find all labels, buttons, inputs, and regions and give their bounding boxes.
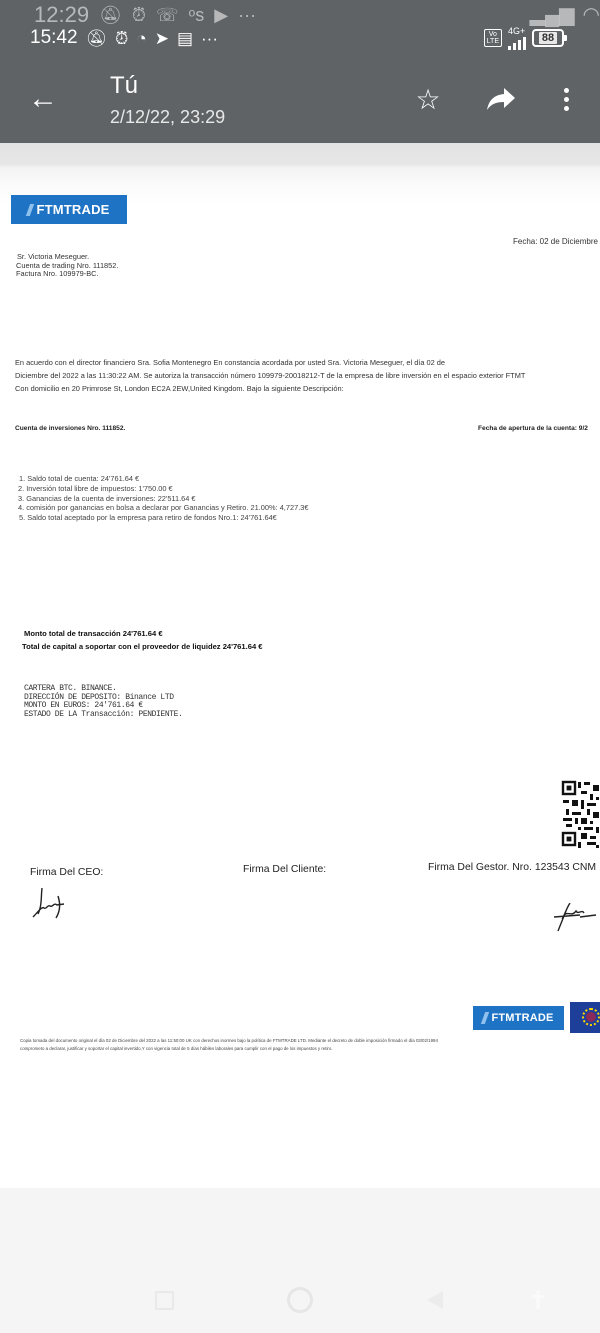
status-bar: 15:42 🔕︎ ⏰︎ ◔ ➤ ▤ ··· (30, 24, 218, 52)
back-icon (427, 1291, 443, 1309)
list-item: 4. comisión por ganancias en bolsa a dec… (18, 503, 308, 513)
volte-label-top: Vo (487, 31, 499, 38)
signal-icon: ▂▄▆ (530, 2, 575, 27)
opening-date: Fecha de apertura de la cuenta: 9/2 (478, 425, 588, 432)
ceo-signature (30, 886, 75, 921)
system-nav-bar: ✝ (0, 1188, 600, 1333)
investment-account: Cuenta de inversiones Nro. 111852. (15, 425, 125, 432)
agreement-paragraph: En acuerdo con el director financiero Sr… (15, 356, 525, 395)
document-viewer[interactable]: FTMTRADE Fecha: 02 de Diciembre Sr. Vict… (0, 143, 600, 1188)
battery-level: 88 (539, 32, 557, 44)
network-type: 4G+ (508, 27, 525, 36)
list-item: 5. Saldo total aceptado por la empresa p… (18, 513, 308, 523)
alarm-icon: ⏰︎ (132, 5, 146, 26)
ceo-signature-label: Firma Del CEO: (30, 867, 103, 878)
capital-total: Total de capital a soportar con el prove… (22, 640, 263, 653)
wallet-info: CARTERA BTC. BINANCE. DIRECCIÓN DE DEPOS… (24, 685, 182, 719)
more-icon: ··· (201, 30, 218, 47)
more-icon: ··· (238, 5, 256, 26)
recent-apps-button[interactable] (149, 1285, 179, 1315)
manager-signature (550, 903, 600, 933)
app-bar: 12:29 🔕︎ ⏰︎ ☏ ᵒs ▶ ··· ▂▄▆ ◠ 15:42 🔕︎ ⏰︎… (0, 0, 600, 143)
list-item: 1. Saldo total de cuenta: 24'761.64 € (18, 474, 308, 484)
totals: Monto total de transacción 24'761.64 € T… (22, 627, 263, 653)
youtube-icon: ▶ (214, 5, 228, 26)
forward-icon (486, 86, 516, 112)
mute-icon: 🔕︎ (99, 5, 122, 26)
back-button[interactable]: ← (26, 82, 60, 116)
ftmtrade-logo: FTMTRADE (11, 195, 127, 224)
star-icon: ☆ (415, 83, 440, 116)
calendar-icon: ▤ (177, 30, 193, 47)
home-button[interactable] (285, 1285, 315, 1315)
more-vert-icon (564, 88, 569, 111)
forward-button[interactable] (484, 82, 518, 116)
star-button[interactable]: ☆ (411, 82, 445, 116)
invoice-document: FTMTRADE Fecha: 02 de Diciembre Sr. Vict… (0, 143, 600, 1188)
mute-icon: 🔕︎ (86, 30, 108, 47)
list-item: 2. Inversión total libre de impuestos: 1… (18, 484, 308, 494)
recent-apps-icon (155, 1291, 174, 1310)
logo-text: FTMTRADE (36, 202, 109, 217)
wifi-icon: ◠ (583, 2, 600, 27)
system-back-button[interactable] (420, 1285, 450, 1315)
summary-list: 1. Saldo total de cuenta: 24'761.64 € 2.… (18, 474, 308, 523)
list-item: 3. Ganancias de la cuenta de inversiones… (18, 494, 308, 504)
transaction-total: Monto total de transacción 24'761.64 € (22, 627, 263, 640)
qr-code (560, 779, 600, 851)
home-icon (287, 1287, 313, 1313)
client-signature-label: Firma Del Cliente: (243, 864, 326, 875)
battery-icon: 88 (532, 29, 564, 47)
footnote-line: comprometo a declarar, justificar y sopo… (20, 1045, 438, 1053)
sender-title: Tú (110, 72, 138, 100)
ftmtrade-logo-footer: FTMTRADE (473, 1006, 564, 1030)
ghost-status-right: ▂▄▆ ◠ (530, 0, 600, 28)
message-date: 2/12/22, 23:29 (110, 107, 225, 128)
status-right: Vo LTE 4G+ 88 (484, 26, 564, 50)
accessibility-icon: ✝ (527, 1285, 549, 1316)
recipient-address: Sr. Victoria Meseguer. Cuenta de trading… (16, 253, 118, 279)
signal-icon (508, 36, 526, 50)
status-time: 15:42 (30, 27, 78, 49)
circle-icon: ◔ (136, 30, 146, 47)
paragraph-line: En acuerdo con el director financiero Sr… (15, 356, 525, 369)
manager-signature-label: Firma Del Gestor. Nro. 123543 CNM (428, 862, 596, 873)
volte-label-bottom: LTE (487, 38, 499, 45)
logo-text: FTMTRADE (491, 1012, 553, 1024)
footnote-line: Copia tomada del documento original el d… (20, 1037, 438, 1045)
alarm-icon: ⏰︎ (115, 30, 128, 47)
wallet-line: ESTADO DE LA Transacción: PENDIENTE. (24, 711, 182, 720)
telegram-icon: ➤ (155, 30, 169, 47)
volte-icon: Vo LTE (484, 29, 502, 47)
invoice-number: Factura Nro. 109979-BC. (16, 270, 118, 279)
os-icon: ᵒs (188, 5, 204, 26)
accessibility-button[interactable]: ✝ (523, 1285, 553, 1315)
document-date: Fecha: 02 de Diciembre (513, 237, 598, 246)
legal-footnote: Copia tomada del documento original el d… (20, 1037, 438, 1052)
paragraph-line: Diciembre del 2022 a las 11:30:22 AM. Se… (15, 369, 525, 382)
arrow-left-icon: ← (28, 82, 58, 116)
eu-flag-icon (570, 1002, 600, 1033)
paragraph-line: Con domicilio en 20 Primrose St, London … (15, 382, 525, 395)
missed-call-icon: ☏ (156, 5, 179, 26)
more-options-button[interactable] (549, 82, 583, 116)
